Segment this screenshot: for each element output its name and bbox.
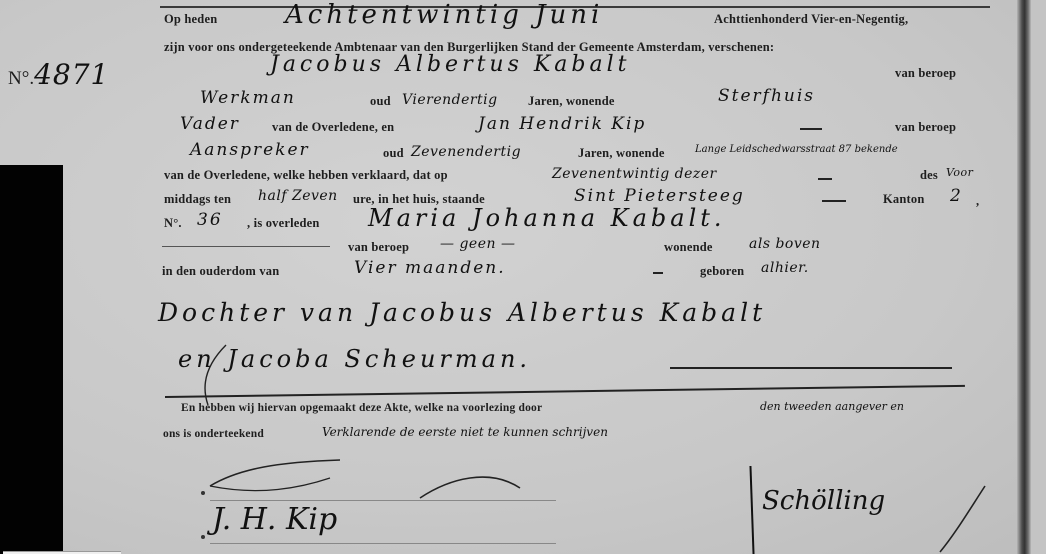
signature-witness: J. H. Kip (212, 502, 337, 537)
redaction-block (0, 165, 63, 554)
dot-2 (201, 535, 205, 539)
hand-relation: Vader (180, 114, 240, 134)
printed-oud-2: oud (383, 146, 404, 161)
hand-father-age: Vierendertig (402, 92, 498, 108)
printed-is-overleden: , is overleden (247, 216, 320, 231)
printed-jaren-wonende-2: Jaren, wonende (578, 146, 665, 161)
hand-witness-age: Zevenendertig (411, 144, 521, 160)
akte-number: N°.4871 (8, 58, 109, 91)
hand-birthplace: alhier. (761, 260, 809, 276)
book-binding-spine (1017, 0, 1031, 554)
hand-deceased-age: Vier maanden. (354, 258, 506, 278)
hand-witness-residence: Lange Leidschedwarsstraat 87 bekende (695, 144, 898, 155)
dash-1 (800, 128, 822, 130)
signature-bracket (749, 466, 754, 554)
printed-van-beroep-2: van beroep (895, 120, 956, 135)
hand-deceased-name: Maria Johanna Kabalt. (368, 204, 726, 232)
printed-geboren: geboren (700, 264, 744, 279)
printed-middags-ten: middags ten (164, 192, 231, 207)
printed-comma: , (976, 194, 979, 209)
printed-oud-1: oud (370, 94, 391, 109)
akte-number-label: N°. (8, 68, 34, 89)
hand-witness-occupation: Aanspreker (190, 140, 310, 160)
blank-rule (162, 246, 330, 247)
hand-street: Sint Pietersteeg (574, 186, 745, 206)
printed-wonende-3: wonende (664, 240, 713, 255)
hand-kanton-number: 2 (950, 186, 963, 206)
hand-witness-name: Jan Hendrik Kip (478, 114, 646, 134)
printed-year: Achttienhonderd Vier-en-Negentig, (714, 12, 908, 27)
signature-rule-1 (210, 500, 556, 501)
printed-des: des (920, 168, 938, 183)
printed-ouderdom: in den ouderdom van (162, 264, 279, 279)
printed-van-beroep-1: van beroep (895, 66, 956, 81)
dash-2 (818, 178, 832, 180)
hand-part-of-day: Voor (946, 166, 973, 179)
printed-van-beroep-3: van beroep (348, 240, 409, 255)
akte-number-value: 4871 (34, 58, 109, 91)
dash-4 (653, 272, 663, 274)
signature-rule-2 (210, 543, 556, 544)
hand-father-name: Jacobus Albertus Kabalt (270, 52, 631, 77)
dot-1 (201, 491, 205, 495)
document-page: — — — N°.4871 Op heden Achtentwintig Jun… (0, 0, 1046, 554)
hand-deceased-occupation: — geen — (440, 236, 515, 252)
hand-house-number: 36 (197, 210, 223, 230)
flourish-stroke (196, 340, 236, 410)
official-flourish (935, 484, 995, 554)
dash-3 (822, 200, 846, 202)
signature-official: Schölling (762, 486, 885, 516)
hand-deceased-residence: als boven (749, 236, 821, 252)
fill-rule-2 (165, 385, 965, 398)
hand-father-occupation: Werkman (200, 88, 296, 108)
page-edge (1031, 0, 1046, 554)
printed-closing-2: ons is onderteekend (163, 428, 264, 440)
hand-date: Achtentwintig Juni (285, 0, 603, 30)
hand-time: half Zeven (258, 188, 338, 204)
printed-kanton: Kanton (883, 192, 925, 207)
hand-death-date: Zevenentwintig dezer (552, 166, 717, 182)
printed-op-heden: Op heden (164, 12, 217, 27)
printed-no: N°. (164, 216, 182, 231)
printed-closing-1: En hebben wij hiervan opgemaakt deze Akt… (181, 402, 542, 414)
hand-closing-1: den tweeden aangever en (760, 400, 904, 413)
printed-van-de-overledene-en: van de Overledene, en (272, 120, 394, 135)
hand-parents-line-1: Dochter van Jacobus Albertus Kabalt (158, 298, 766, 327)
hand-closing-2: Verklarende de eerste niet te kunnen sch… (322, 425, 608, 439)
printed-verklaard: van de Overledene, welke hebben verklaar… (164, 168, 448, 183)
hand-father-residence: Sterfhuis (718, 86, 815, 106)
printed-jaren-wonende-1: Jaren, wonende (528, 94, 615, 109)
fill-rule-1 (670, 367, 952, 369)
